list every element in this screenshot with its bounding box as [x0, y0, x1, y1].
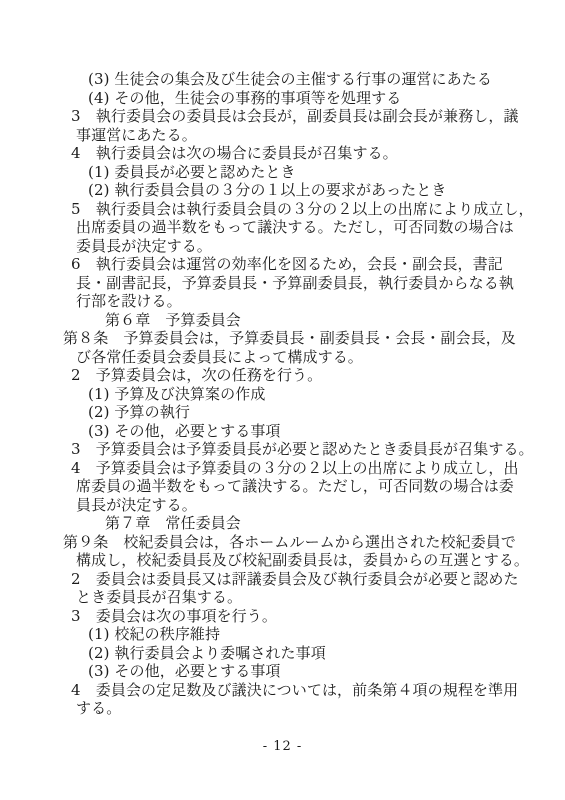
doc-line: 長・副書記長，予算委員長・予算副委員長，執行委員からなる執	[63, 274, 515, 293]
doc-line: 員長が決定する。	[63, 496, 515, 515]
doc-line: 3 委員会は次の事項を行う。	[63, 607, 515, 626]
article-line: 第９条 校紀委員会は，各ホームルームから選出された校紀委員で	[63, 533, 515, 552]
doc-line: 4 執行委員会は次の場合に委員長が召集する。	[63, 144, 515, 163]
doc-line: 4 委員会の定足数及び議決については，前条第４項の規程を準用	[63, 681, 515, 700]
doc-line: する。	[63, 699, 515, 718]
doc-line: とき委員長が召集する。	[63, 588, 515, 607]
doc-line: 構成し，校紀委員長及び校紀副委員長は，委員からの互選とする。	[63, 551, 515, 570]
document-page: (3) 生徒会の集会及び生徒会の主催する行事の運営にあたる (4) その他，生徒…	[0, 0, 565, 800]
doc-line: (3) その他，必要とする事項	[63, 422, 515, 441]
doc-line: 委員長が決定する。	[63, 237, 515, 256]
doc-line: (3) 生徒会の集会及び生徒会の主催する行事の運営にあたる	[63, 70, 515, 89]
doc-line: 出席委員の過半数をもって議決する。ただし，可否同数の場合は	[63, 218, 515, 237]
doc-line: (1) 委員長が必要と認めたとき	[63, 163, 515, 182]
chapter-heading: 第７章 常任委員会	[63, 514, 515, 533]
doc-line: (1) 予算及び決算案の作成	[63, 385, 515, 404]
doc-line: 2 予算委員会は，次の任務を行う。	[63, 366, 515, 385]
doc-line: 4 予算委員会は予算委員の３分の２以上の出席により成立し，出	[63, 459, 515, 478]
chapter-heading: 第６章 予算委員会	[63, 311, 515, 330]
doc-line: 5 執行委員会は執行委員会員の３分の２以上の出席により成立し，	[63, 200, 515, 219]
doc-line: (2) 予算の執行	[63, 403, 515, 422]
document-body: (3) 生徒会の集会及び生徒会の主催する行事の運営にあたる (4) その他，生徒…	[63, 70, 515, 718]
article-line: 第８条 予算委員会は，予算委員長・副委員長・会長・副会長，及	[63, 329, 515, 348]
doc-line: 行部を設ける。	[63, 292, 515, 311]
doc-line: び各常任委員会委員長によって構成する。	[63, 348, 515, 367]
page-number: - 12 -	[0, 739, 565, 754]
doc-line: 3 予算委員会は予算委員長が必要と認めたとき委員長が召集する。	[63, 440, 515, 459]
doc-line: 席委員の過半数をもって議決する。ただし，可否同数の場合は委	[63, 477, 515, 496]
doc-line: 3 執行委員会の委員長は会長が，副委員長は副会長が兼務し，議	[63, 107, 515, 126]
doc-line: (1) 校紀の秩序維持	[63, 625, 515, 644]
doc-line: (3) その他，必要とする事項	[63, 662, 515, 681]
doc-line: 2 委員会は委員長又は評議委員会及び執行委員会が必要と認めた	[63, 570, 515, 589]
doc-line: (2) 執行委員会員の３分の１以上の要求があったとき	[63, 181, 515, 200]
doc-line: 6 執行委員会は運営の効率化を図るため，会長・副会長，書記	[63, 255, 515, 274]
doc-line: (4) その他，生徒会の事務的事項等を処理する	[63, 89, 515, 108]
doc-line: (2) 執行委員会より委嘱された事項	[63, 644, 515, 663]
doc-line: 事運営にあたる。	[63, 126, 515, 145]
